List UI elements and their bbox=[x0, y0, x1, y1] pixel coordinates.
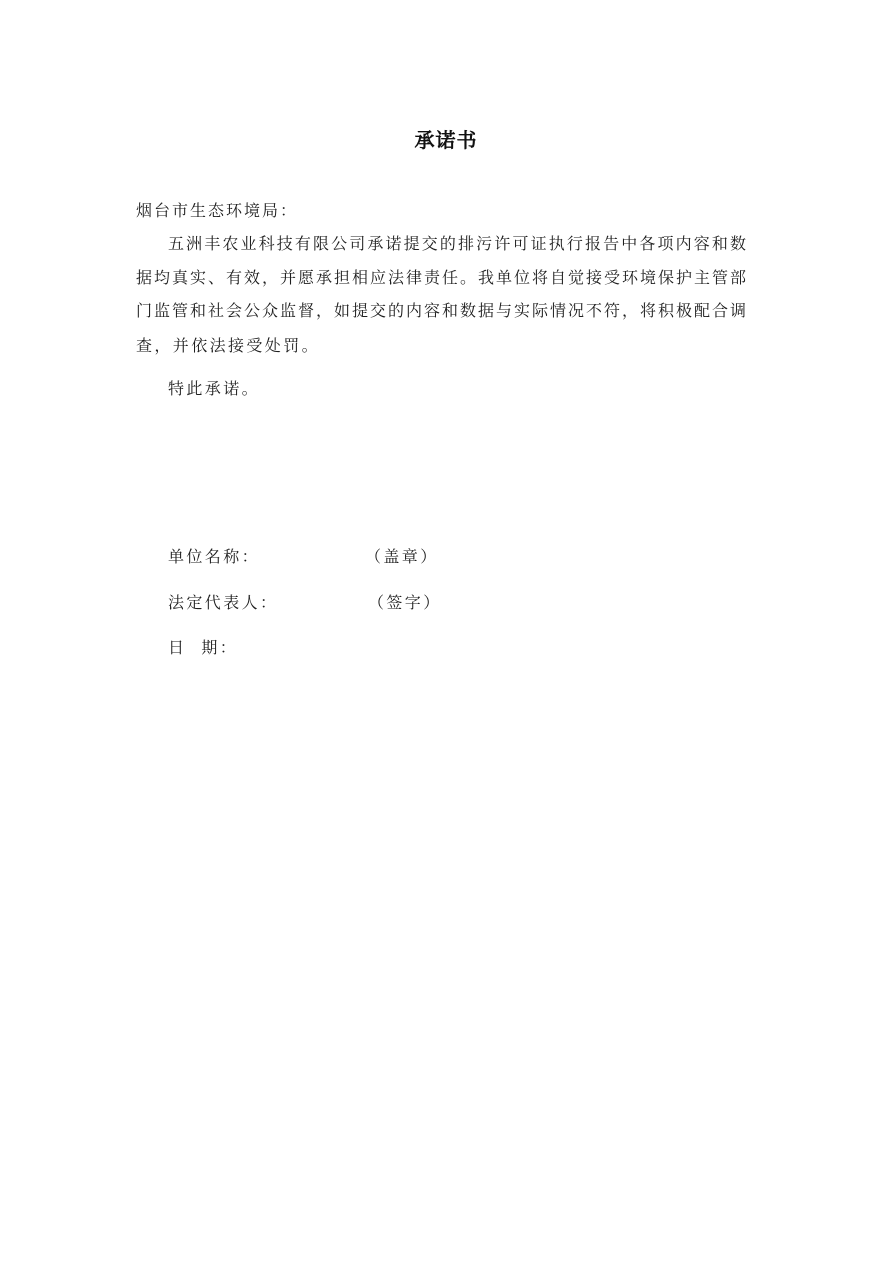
date-label: 日 期： bbox=[168, 638, 238, 658]
unit-name-stamp-note: （盖章） bbox=[365, 547, 439, 567]
body-line-1: 五洲丰农业科技有限公司承诺提交的排污许可证执行报告中各项内容和数 bbox=[168, 234, 746, 254]
closing-statement: 特此承诺。 bbox=[168, 379, 260, 399]
legal-rep-label: 法定代表人： bbox=[168, 593, 278, 613]
document-page: 承诺书 烟台市生态环境局： 五洲丰农业科技有限公司承诺提交的排污许可证执行报告中… bbox=[0, 0, 892, 1262]
addressee: 烟台市生态环境局： bbox=[136, 201, 298, 221]
body-line-2: 据均真实、有效，并愿承担相应法律责任。我单位将自觉接受环境保护主管部 bbox=[136, 268, 746, 288]
body-line-3: 门监管和社会公众监督，如提交的内容和数据与实际情况不符，将积极配合调 bbox=[136, 301, 746, 321]
document-title: 承诺书 bbox=[0, 124, 892, 153]
legal-rep-signature-note: （签字） bbox=[368, 593, 442, 613]
body-line-4: 查，并依法接受处罚。 bbox=[136, 336, 320, 356]
unit-name-label: 单位名称： bbox=[168, 547, 260, 567]
